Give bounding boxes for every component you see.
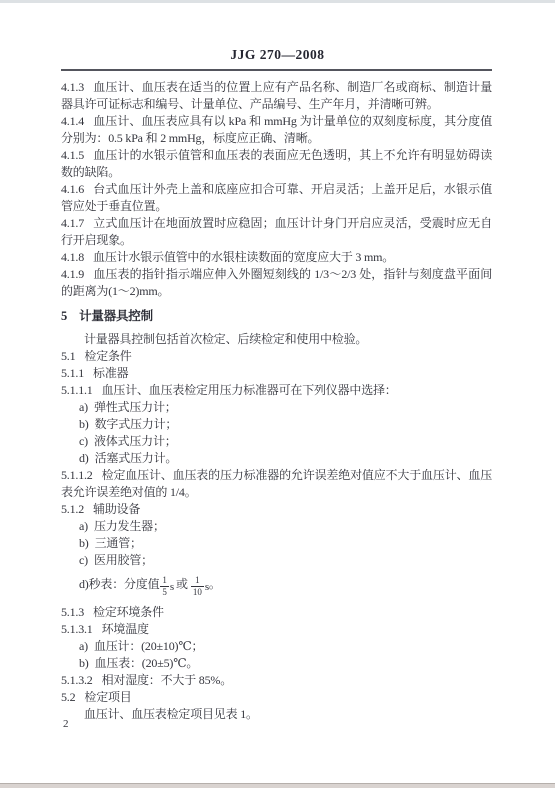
- clause-text: 血压计水银示值管中的水银柱读数面的宽度应大于 3 mm。: [93, 250, 394, 264]
- fraction-prefix: 秒表：分度值: [89, 577, 160, 591]
- list-item-text: 液体式压力计；: [94, 434, 177, 448]
- stacked-fraction: 110: [191, 576, 204, 597]
- page-edge-bottom: [0, 783, 555, 788]
- list-item-text: 压力发生器；: [94, 519, 165, 533]
- clause-number: 5: [61, 309, 67, 323]
- list-item: c)液体式压力计；: [61, 433, 492, 450]
- list-marker: a): [79, 639, 88, 653]
- list-item: a)血压计：(20±10)℃；: [61, 638, 492, 655]
- page-edge-top: [0, 0, 555, 3]
- list-marker: b): [79, 417, 89, 431]
- clause-text: 辅助设备: [93, 502, 140, 516]
- clause-text: 立式血压计在地面放置时应稳固；血压计计身门开启应灵活，受震时应无自行开启现象。: [61, 216, 492, 247]
- list-item: a)压力发生器；: [61, 518, 492, 535]
- list-marker: d): [79, 577, 89, 591]
- clause-paragraph: 4.1.7立式血压计在地面放置时应稳固；血压计计身门开启应灵活，受震时应无自行开…: [61, 215, 492, 249]
- clause-text: 血压表的指针指示端应伸入外圈短刻线的 1/3～2/3 处，指针与刻度盘平面间的距…: [61, 267, 492, 298]
- clause-text: 检定环境条件: [93, 605, 164, 619]
- clause-text: 血压计的水银示值管和血压表的表面应无色透明，其上不允许有明显妨碍读数的缺陷。: [61, 148, 492, 179]
- clause-paragraph: 5.1.3.2相对湿度：不大于 85%。: [61, 672, 492, 689]
- list-item-text: 血压表：(20±5)℃。: [95, 656, 199, 670]
- page-header: JJG 270—2008: [0, 47, 555, 63]
- clause-paragraph: 4.1.6台式血压计外壳上盖和底座应扣合可靠、开启灵活；上盖开足后，水银示值管应…: [61, 181, 492, 215]
- clause-number: 5.1.2: [61, 502, 84, 516]
- clause-paragraph: 5.1.1.1血压计、血压表检定用压力标准器可在下列仪器中选择：: [61, 382, 492, 399]
- indent-paragraph: 血压计、血压表检定项目见表 1。: [61, 706, 492, 723]
- list-marker: c): [79, 434, 88, 448]
- fraction-separator: 或: [176, 577, 188, 591]
- clause-paragraph: 5.1.1标准器: [61, 365, 492, 382]
- list-marker: d): [79, 451, 89, 465]
- clause-text: 血压计、血压表在适当的位置上应有产品名称、制造厂名或商标、制造计量器具许可证标志…: [61, 80, 492, 111]
- clause-number: 5.1.3.1: [61, 622, 93, 636]
- list-item: c)医用胶管；: [61, 552, 492, 569]
- fraction-numerator: 1: [160, 576, 169, 586]
- document-body: 4.1.3血压计、血压表在适当的位置上应有产品名称、制造厂名或商标、制造计量器具…: [61, 79, 492, 723]
- fraction-denominator: 10: [191, 586, 204, 597]
- list-marker: a): [79, 519, 88, 533]
- page-number: 2: [63, 717, 69, 731]
- fraction-numerator: 1: [191, 576, 204, 586]
- list-item: a)弹性式压力计；: [61, 399, 492, 416]
- clause-number: 5.1.1.2: [61, 468, 93, 482]
- clause-text: 血压计、血压表应具有以 kPa 和 mmHg 为计量单位的双刻度标度，其分度值分…: [61, 114, 492, 145]
- stacked-fraction: 15: [160, 576, 169, 597]
- clause-number: 4.1.8: [61, 250, 84, 264]
- clause-paragraph: 5.1.1.2检定血压计、血压表的压力标准器的允许误差绝对值应不大于血压计、血压…: [61, 467, 492, 501]
- clause-paragraph: 5.1.2辅助设备: [61, 501, 492, 518]
- indent-paragraph: 计量器具控制包括首次检定、后续检定和使用中检验。: [61, 331, 492, 348]
- clause-text: 检定项目: [84, 690, 131, 704]
- clause-text: 相对湿度：不大于 85%。: [102, 673, 232, 687]
- clause-paragraph: 4.1.3血压计、血压表在适当的位置上应有产品名称、制造厂名或商标、制造计量器具…: [61, 79, 492, 113]
- clause-text: 标准器: [93, 366, 128, 380]
- clause-number: 5.2: [61, 690, 75, 704]
- clause-text: 台式血压计外壳上盖和底座应扣合可靠、开启灵活；上盖开足后，水银示值管应处于垂直位…: [61, 182, 492, 213]
- clause-paragraph: 5.1.3检定环境条件: [61, 604, 492, 621]
- clause-paragraph: 4.1.9血压表的指针指示端应伸入外圈短刻线的 1/3～2/3 处，指针与刻度盘…: [61, 266, 492, 300]
- clause-number: 5.1.3: [61, 605, 84, 619]
- clause-number: 4.1.7: [61, 216, 84, 230]
- fraction-suffix: 。: [209, 577, 221, 591]
- clause-number: 4.1.5: [61, 148, 84, 162]
- list-item-text: 数字式压力计；: [95, 417, 178, 431]
- clause-text: 计量器具控制: [79, 309, 153, 323]
- clause-number: 4.1.9: [61, 267, 84, 281]
- clause-paragraph: 4.1.8血压计水银示值管中的水银柱读数面的宽度应大于 3 mm。: [61, 249, 492, 266]
- list-item-text: 血压计：(20±10)℃；: [94, 639, 203, 653]
- section-heading: 5计量器具控制: [61, 308, 492, 325]
- clause-text: 检定血压计、血压表的压力标准器的允许误差绝对值应不大于血压计、血压表允许误差绝对…: [61, 468, 492, 499]
- list-item: b)三通管；: [61, 535, 492, 552]
- list-item: b)数字式压力计；: [61, 416, 492, 433]
- clause-paragraph: 4.1.4血压计、血压表应具有以 kPa 和 mmHg 为计量单位的双刻度标度，…: [61, 113, 492, 147]
- clause-paragraph: 4.1.5血压计的水银示值管和血压表的表面应无色透明，其上不允许有明显妨碍读数的…: [61, 147, 492, 181]
- list-item-text: 三通管；: [95, 536, 142, 550]
- standard-number: JJG 270—2008: [230, 47, 324, 62]
- clause-number: 4.1.6: [61, 182, 84, 196]
- clause-paragraph: 5.1检定条件: [61, 348, 492, 365]
- list-item-text: 活塞式压力计。: [95, 451, 178, 465]
- clause-number: 4.1.4: [61, 114, 84, 128]
- clause-text: 环境温度: [102, 622, 149, 636]
- list-item-text: 弹性式压力计；: [94, 400, 177, 414]
- clause-number: 5.1.1.1: [61, 383, 93, 397]
- list-item: d)活塞式压力计。: [61, 450, 492, 467]
- fraction-denominator: 5: [160, 586, 169, 597]
- document-page: JJG 270—2008 4.1.3血压计、血压表在适当的位置上应有产品名称、制…: [0, 0, 555, 788]
- clause-number: 5.1.3.2: [61, 673, 93, 687]
- fraction-unit: s: [170, 581, 174, 593]
- list-marker: b): [79, 536, 89, 550]
- list-marker: b): [79, 656, 89, 670]
- clause-paragraph: 5.2检定项目: [61, 689, 492, 706]
- list-item: b)血压表：(20±5)℃。: [61, 655, 492, 672]
- list-marker: a): [79, 400, 88, 414]
- clause-text: 血压计、血压表检定用压力标准器可在下列仪器中选择：: [102, 383, 397, 397]
- clause-number: 4.1.3: [61, 80, 84, 94]
- clause-number: 5.1.1: [61, 366, 84, 380]
- list-item-text: 医用胶管；: [94, 553, 153, 567]
- list-marker: c): [79, 553, 88, 567]
- clause-text: 检定条件: [84, 349, 131, 363]
- clause-paragraph: 5.1.3.1环境温度: [61, 621, 492, 638]
- list-item-with-fractions: d)秒表：分度值15s或110s。: [61, 571, 492, 600]
- header-rule: [61, 69, 492, 71]
- clause-number: 5.1: [61, 349, 75, 363]
